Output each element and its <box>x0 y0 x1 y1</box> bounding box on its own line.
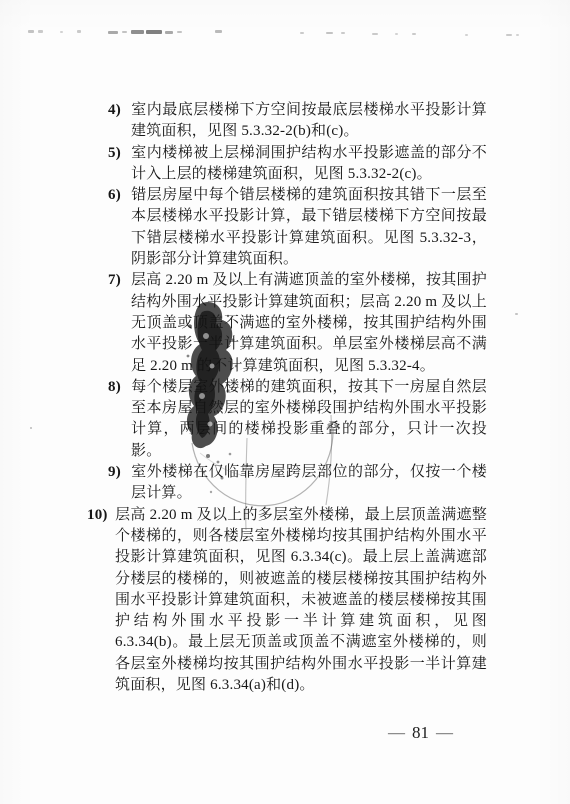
item-text: 室内最底层楼梯下方空间按最底层楼梯水平投影计算建筑面积，见图 5.3.32-2(… <box>131 102 487 139</box>
item-marker: 4) <box>108 100 131 121</box>
item-text: 每个楼层室外楼梯的建筑面积，按其下一房屋自然层至本房屋自然层的室外楼梯段围护结构… <box>131 379 487 459</box>
list-item: 6)错层房屋中每个错层楼梯的建筑面积按其错下一层至本层楼梯水平投影计算，最下错层… <box>131 185 487 270</box>
scan-speck <box>177 31 182 33</box>
scan-speck <box>412 33 416 35</box>
list-item: 9)室外楼梯在仅临靠房屋跨层部位的部分，仅按一个楼层计算。 <box>131 462 487 505</box>
numbered-list: 4)室内最底层楼梯下方空间按最底层楼梯水平投影计算建筑面积，见图 5.3.32-… <box>131 100 487 696</box>
scan-speck <box>131 30 144 34</box>
scan-speck <box>341 32 345 34</box>
page-number-dash-left: — <box>388 725 405 741</box>
item-marker: 8) <box>108 377 131 398</box>
scan-speck <box>108 31 118 34</box>
list-item: 7)层高 2.20 m 及以上有满遮顶盖的室外楼梯，按其围护结构外围水平投影计算… <box>131 270 487 376</box>
item-marker: 6) <box>108 185 131 206</box>
scan-speck <box>60 31 63 33</box>
scan-speck <box>506 34 512 36</box>
scan-speck <box>165 31 173 34</box>
scan-speck <box>30 427 32 429</box>
item-text: 室外楼梯在仅临靠房屋跨层部位的部分，仅按一个楼层计算。 <box>131 464 487 501</box>
scan-speck <box>300 32 304 34</box>
item-text: 错层房屋中每个错层楼梯的建筑面积按其错下一层至本层楼梯水平投影计算，最下错层楼梯… <box>131 187 487 267</box>
list-item: 5)室内楼梯被上层梯洞围护结构水平投影遮盖的部分不计入上层的楼梯建筑面积，见图 … <box>131 143 487 186</box>
item-text: 层高 2.20 m 及以上的多层室外楼梯，最上层顶盖满遮整个楼梯的，则各楼层室外… <box>115 507 487 693</box>
scan-speck <box>372 33 378 35</box>
item-marker: 7) <box>108 270 131 291</box>
scan-speck <box>122 31 127 33</box>
item-marker: 9) <box>108 462 131 483</box>
list-item: 4)室内最底层楼梯下方空间按最底层楼梯水平投影计算建筑面积，见图 5.3.32-… <box>131 100 487 143</box>
item-text: 层高 2.20 m 及以上有满遮顶盖的室外楼梯，按其围护结构外围水平投影计算建筑… <box>131 272 487 373</box>
scan-speck <box>395 33 398 35</box>
page-number: — 81 — <box>388 723 453 743</box>
item-marker: 5) <box>108 143 131 164</box>
list-item: 10)层高 2.20 m 及以上的多层室外楼梯，最上层顶盖满遮整个楼梯的，则各楼… <box>115 505 487 697</box>
scan-speck <box>38 30 43 33</box>
scan-speck <box>215 30 222 33</box>
list-item: 8)每个楼层室外楼梯的建筑面积，按其下一房屋自然层至本房屋自然层的室外楼梯段围护… <box>131 377 487 462</box>
item-marker: 10) <box>87 505 115 526</box>
scan-speck <box>146 30 162 34</box>
scan-speck <box>326 32 333 34</box>
scan-speck <box>28 30 34 33</box>
scan-speck <box>515 313 518 315</box>
scanned-document-page: 4)室内最底层楼梯下方空间按最底层楼梯水平投影计算建筑面积，见图 5.3.32-… <box>0 0 570 804</box>
scan-speck <box>77 30 81 33</box>
scan-speck <box>465 34 468 36</box>
page-number-value: 81 <box>412 723 429 743</box>
scan-speck <box>516 34 519 36</box>
item-text: 室内楼梯被上层梯洞围护结构水平投影遮盖的部分不计入上层的楼梯建筑面积，见图 5.… <box>131 145 487 182</box>
page-number-dash-right: — <box>436 725 453 741</box>
